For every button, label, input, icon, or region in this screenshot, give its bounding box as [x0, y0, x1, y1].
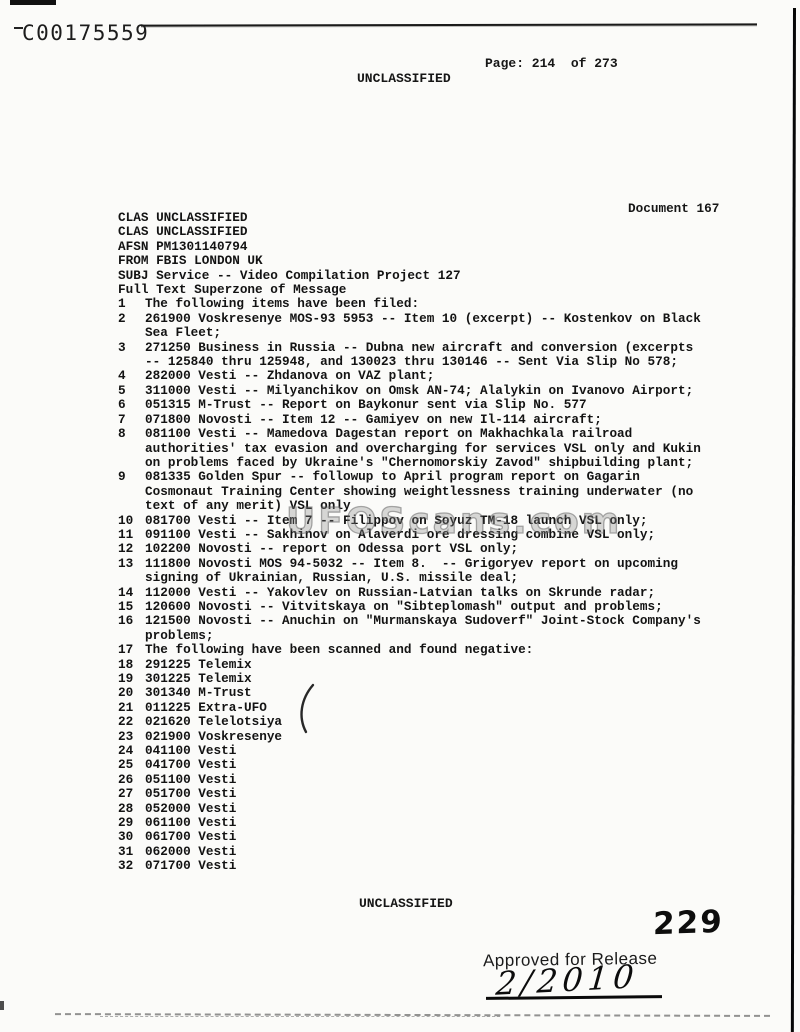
item-text: 121500 Novosti -- Anuchin on "Murmanskay…: [145, 614, 701, 643]
list-item: 14112000 Vesti -- Yakovlev on Russian-La…: [118, 586, 738, 600]
item-number: 30: [118, 830, 145, 844]
message-header-line: FROM FBIS LONDON UK: [118, 254, 738, 268]
list-item: 10081700 Vesti -- Item 7 -- Filippov on …: [118, 514, 738, 528]
item-number: 23: [118, 730, 145, 744]
classification-header: UNCLASSIFIED: [357, 71, 451, 86]
item-text: 061100 Vesti: [145, 816, 236, 830]
page-number-label: Page: 214 of 273: [485, 56, 618, 71]
scan-line-top: [141, 23, 757, 26]
item-text: 071700 Vesti: [145, 859, 236, 873]
list-item: 18291225 Telemix: [118, 658, 738, 672]
list-item: 24041100 Vesti: [118, 744, 738, 758]
item-text: 071800 Novosti -- Item 12 -- Gamiyev on …: [145, 413, 602, 427]
list-item: 28052000 Vesti: [118, 802, 738, 816]
item-text: 271250 Business in Russia -- Dubna new a…: [145, 341, 693, 370]
item-number: 14: [118, 586, 145, 600]
item-number: 4: [118, 369, 145, 383]
item-number: 11: [118, 528, 145, 542]
list-item: 3271250 Business in Russia -- Dubna new …: [118, 341, 738, 370]
item-text: 011225 Extra-UFO: [145, 701, 267, 715]
item-number: 13: [118, 557, 145, 586]
message-header-line: SUBJ Service -- Video Compilation Projec…: [118, 269, 738, 283]
scan-id-number: C00175559: [22, 21, 149, 45]
list-item: 23021900 Voskresenye: [118, 730, 738, 744]
item-text: 301225 Telemix: [145, 672, 252, 686]
list-item: 1The following items have been filed:: [118, 297, 738, 311]
item-number: 16: [118, 614, 145, 643]
list-item: 30061700 Vesti: [118, 830, 738, 844]
item-text: The following items have been filed:: [145, 297, 419, 311]
item-number: 25: [118, 758, 145, 772]
item-number: 26: [118, 773, 145, 787]
item-number: 19: [118, 672, 145, 686]
list-item: 22021620 Telelotsiya: [118, 715, 738, 729]
list-item: 27051700 Vesti: [118, 787, 738, 801]
list-item: 17The following have been scanned and fo…: [118, 643, 738, 657]
message-header-line: CLAS UNCLASSIFIED: [118, 225, 738, 239]
item-number: 22: [118, 715, 145, 729]
item-number: 7: [118, 413, 145, 427]
item-text: 311000 Vesti -- Milyanchikov on Omsk AN-…: [145, 384, 693, 398]
list-item: 7071800 Novosti -- Item 12 -- Gamiyev on…: [118, 413, 738, 427]
list-item: 4282000 Vesti -- Zhdanova on VAZ plant;: [118, 369, 738, 383]
item-text: 120600 Novosti -- Vitvitskaya on "Sibtep…: [145, 600, 663, 614]
item-text: 021620 Telelotsiya: [145, 715, 282, 729]
scan-artifact-nub: [0, 1001, 4, 1010]
item-text: 051100 Vesti: [145, 773, 236, 787]
item-number: 32: [118, 859, 145, 873]
item-number: 5: [118, 384, 145, 398]
item-text: 301340 M-Trust: [145, 686, 252, 700]
item-text: 081335 Golden Spur -- followup to April …: [145, 470, 693, 513]
list-item: 29061100 Vesti: [118, 816, 738, 830]
item-text: 091100 Vesti -- Sakhinov on Alaverdi ore…: [145, 528, 655, 542]
item-number: 28: [118, 802, 145, 816]
list-item: 5311000 Vesti -- Milyanchikov on Omsk AN…: [118, 384, 738, 398]
pen-mark: [296, 682, 320, 736]
item-number: 17: [118, 643, 145, 657]
list-item: 25041700 Vesti: [118, 758, 738, 772]
item-number: 18: [118, 658, 145, 672]
scan-edge-line: [791, 8, 796, 1032]
item-number: 21: [118, 701, 145, 715]
list-item: 15120600 Novosti -- Vitvitskaya on "Sibt…: [118, 600, 738, 614]
scan-artifact-bar: [10, 0, 56, 5]
item-number: 3: [118, 341, 145, 370]
release-date-underline: [486, 995, 662, 1000]
item-text: 062000 Vesti: [145, 845, 236, 859]
list-item: 11091100 Vesti -- Sakhinov on Alaverdi o…: [118, 528, 738, 542]
list-item: 12102200 Novosti -- report on Odessa por…: [118, 542, 738, 556]
list-item: 32071700 Vesti: [118, 859, 738, 873]
list-item: 19301225 Telemix: [118, 672, 738, 686]
item-text: 051315 M-Trust -- Report on Baykonur sen…: [145, 398, 587, 412]
item-text: 291225 Telemix: [145, 658, 252, 672]
item-text: 102200 Novosti -- report on Odessa port …: [145, 542, 518, 556]
item-text: 282000 Vesti -- Zhdanova on VAZ plant;: [145, 369, 434, 383]
item-number: 12: [118, 542, 145, 556]
message-header-line: AFSN PM1301140794: [118, 240, 738, 254]
item-text: 061700 Vesti: [145, 830, 236, 844]
item-number: 2: [118, 312, 145, 341]
item-number: 29: [118, 816, 145, 830]
message-header-line: CLAS UNCLASSIFIED: [118, 211, 738, 225]
item-text: 051700 Vesti: [145, 787, 236, 801]
item-number: 24: [118, 744, 145, 758]
item-number: 15: [118, 600, 145, 614]
scan-line-bottom-2: [100, 1016, 500, 1017]
item-text: 052000 Vesti: [145, 802, 236, 816]
list-item: 8081100 Vesti -- Mamedova Dagestan repor…: [118, 427, 738, 470]
item-text: 041100 Vesti: [145, 744, 236, 758]
item-text: 021900 Voskresenye: [145, 730, 282, 744]
item-number: 31: [118, 845, 145, 859]
item-number: 6: [118, 398, 145, 412]
item-text: 081700 Vesti -- Item 7 -- Filippov on So…: [145, 514, 648, 528]
item-text: 112000 Vesti -- Yakovlev on Russian-Latv…: [145, 586, 655, 600]
item-number: 27: [118, 787, 145, 801]
list-item: 21011225 Extra-UFO: [118, 701, 738, 715]
item-number: 1: [118, 297, 145, 311]
list-item: 16121500 Novosti -- Anuchin on "Murmansk…: [118, 614, 738, 643]
message-body: CLAS UNCLASSIFIEDCLAS UNCLASSIFIEDAFSN P…: [118, 211, 738, 874]
item-number: 10: [118, 514, 145, 528]
scanned-document-page: C00175559 Page: 214 of 273 UNCLASSIFIED …: [0, 0, 800, 1032]
item-text: 111800 Novosti MOS 94-5032 -- Item 8. --…: [145, 557, 678, 586]
list-item: 2261900 Voskresenye MOS-93 5953 -- Item …: [118, 312, 738, 341]
list-item: 9081335 Golden Spur -- followup to April…: [118, 470, 738, 513]
item-text: The following have been scanned and foun…: [145, 643, 533, 657]
list-item: 13111800 Novosti MOS 94-5032 -- Item 8. …: [118, 557, 738, 586]
item-text: 041700 Vesti: [145, 758, 236, 772]
list-item: 6051315 M-Trust -- Report on Baykonur se…: [118, 398, 738, 412]
message-header-lines: CLAS UNCLASSIFIEDCLAS UNCLASSIFIEDAFSN P…: [118, 211, 738, 297]
handwritten-page-number: 229: [653, 904, 724, 943]
item-text: 081100 Vesti -- Mamedova Dagestan report…: [145, 427, 701, 470]
classification-footer: UNCLASSIFIED: [359, 896, 453, 911]
item-number: 20: [118, 686, 145, 700]
item-number: 9: [118, 470, 145, 513]
message-item-list: 1The following items have been filed:226…: [118, 297, 738, 873]
item-text: 261900 Voskresenye MOS-93 5953 -- Item 1…: [145, 312, 701, 341]
item-number: 8: [118, 427, 145, 470]
list-item: 31062000 Vesti: [118, 845, 738, 859]
message-header-line: Full Text Superzone of Message: [118, 283, 738, 297]
list-item: 26051100 Vesti: [118, 773, 738, 787]
list-item: 20301340 M-Trust: [118, 686, 738, 700]
